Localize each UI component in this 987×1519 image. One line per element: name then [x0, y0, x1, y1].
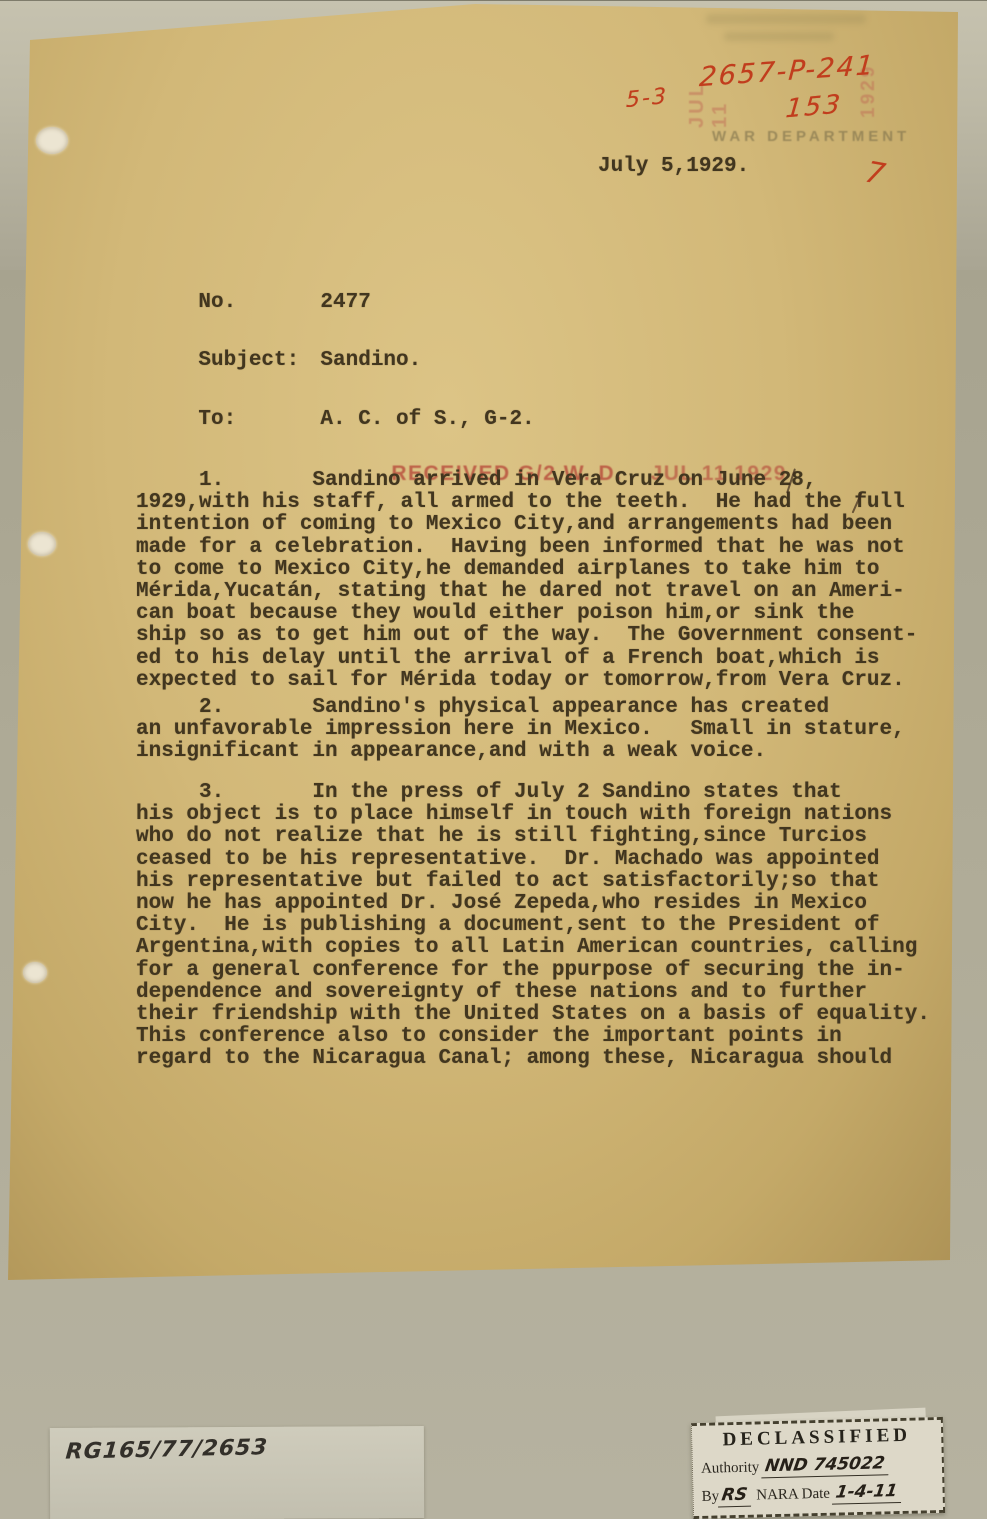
letter-date: July 5,1929.	[598, 156, 749, 178]
field-number: No.2477	[148, 270, 371, 337]
nara-date-value: 1-4-11	[832, 1481, 905, 1505]
field-to-label: To:	[198, 409, 320, 431]
field-subject: Subject:Sandino.	[148, 328, 421, 395]
punch-hole	[23, 962, 47, 983]
by-value: RS	[718, 1485, 755, 1508]
paragraph-1: 1. Sandino arrived in Vera Cruz on June …	[136, 470, 917, 692]
declassified-stamp: DECLASSIFIED Authority NND 745022 ByRS N…	[691, 1417, 945, 1519]
punch-hole	[28, 532, 56, 556]
nara-date-label: NARA Date	[756, 1486, 830, 1504]
war-department-stamp: WAR DEPARTMENT	[712, 128, 910, 145]
field-number-value: 2477	[320, 291, 370, 314]
code-annotation: 5-3	[626, 84, 668, 113]
faint-header-stamp	[706, 14, 866, 24]
by-label: By	[701, 1488, 719, 1504]
secondary-number-annotation: 153	[784, 90, 843, 125]
field-to-value: A. C. of S., G-2.	[320, 408, 534, 431]
field-subject-label: Subject:	[198, 350, 320, 372]
authority-value: NND 745022	[761, 1453, 892, 1478]
paragraph-3: 3. In the press of July 2 Sandino states…	[136, 782, 930, 1071]
paragraph-2: 2. Sandino's physical appearance has cre…	[136, 697, 905, 764]
declassified-title: DECLASSIFIED	[700, 1424, 933, 1452]
archive-reference-text: RG165/77/2653	[65, 1435, 269, 1465]
declassified-by-line: ByRS NARA Date 1-4-11	[701, 1480, 934, 1508]
authority-label: Authority	[701, 1459, 760, 1476]
faint-header-stamp	[724, 32, 834, 41]
punch-hole	[36, 127, 68, 154]
field-subject-value: Sandino.	[320, 349, 421, 372]
archive-reference-card: RG165/77/2653	[50, 1426, 424, 1519]
declassified-authority-line: Authority NND 745022	[701, 1452, 934, 1480]
document-scan: JUL 11 1929 2657-P-241 153 5-3 7 WAR DEP…	[0, 0, 987, 1519]
field-number-label: No.	[198, 292, 320, 314]
